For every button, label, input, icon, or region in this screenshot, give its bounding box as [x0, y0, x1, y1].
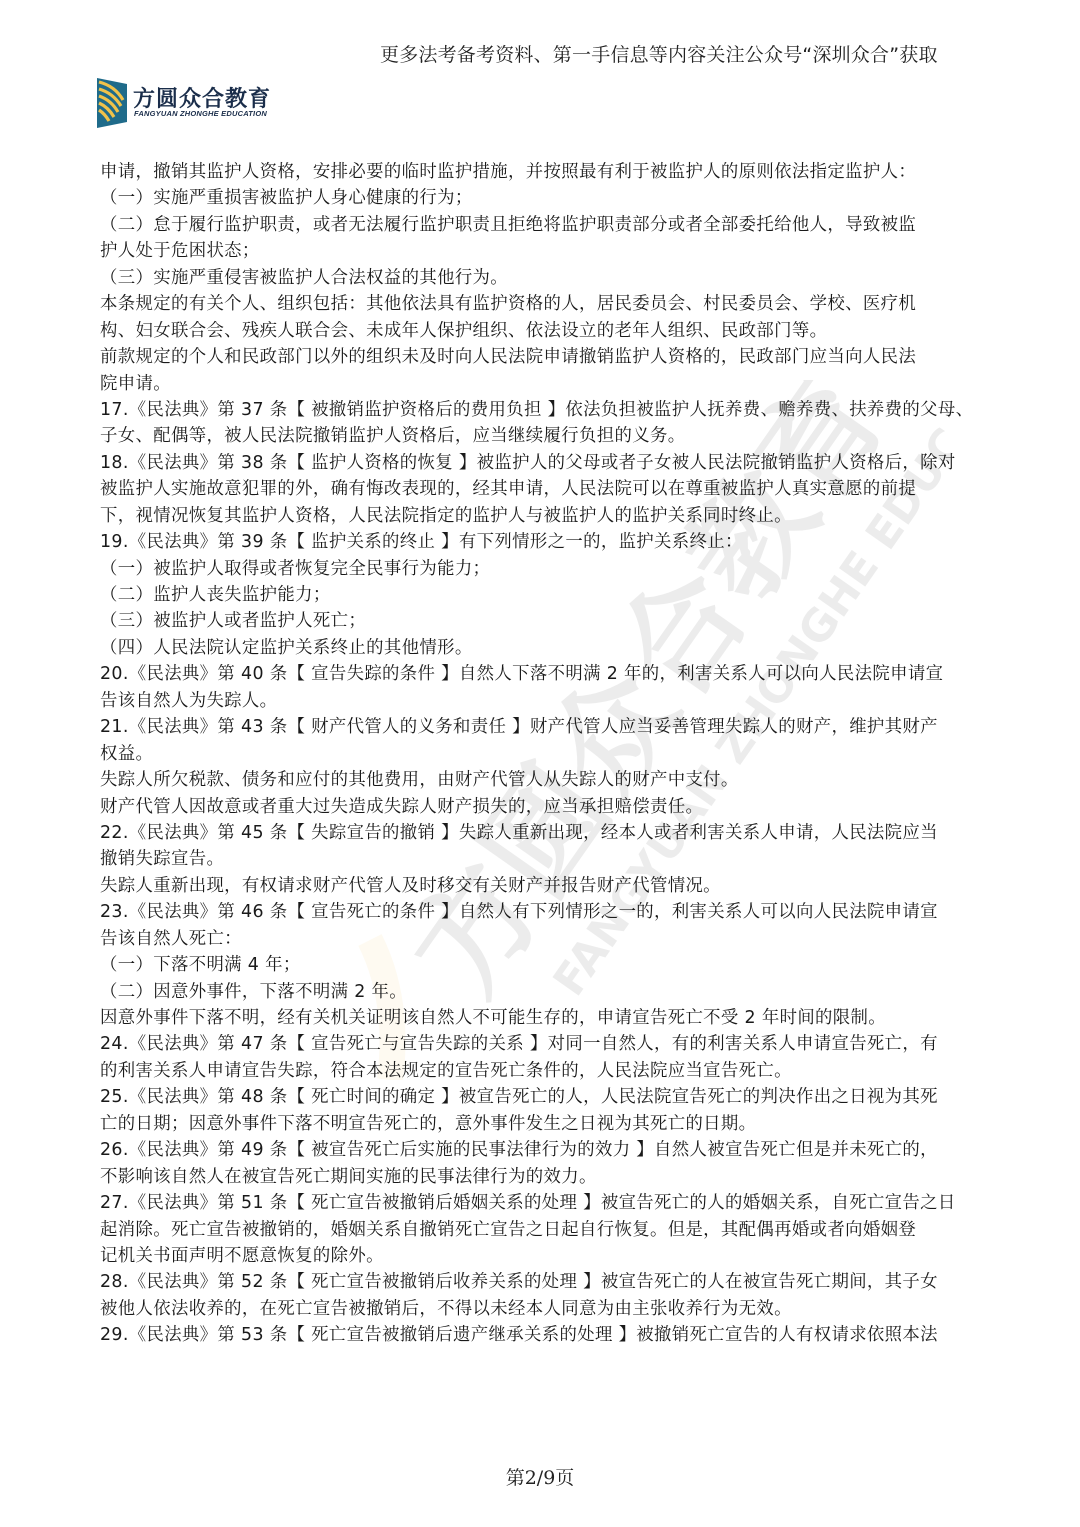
text-line: （三）被监护人或者监护人死亡；	[100, 608, 985, 634]
text-line: 失踪人所欠税款、债务和应付的其他费用，由财产代管人从失踪人的财产中支付。	[100, 767, 985, 793]
text-line: 因意外事件下落不明，经有关机关证明该自然人不可能生存的，申请宣告死亡不受 2 年…	[100, 1005, 985, 1031]
text-line: 护人处于危困状态；	[100, 238, 985, 264]
logo-mark-icon	[97, 78, 127, 128]
logo-name-en: FANGYUAN ZHONGHE EDUCATION	[134, 109, 267, 118]
text-line: （二）因意外事件，下落不明满 2 年。	[100, 979, 985, 1005]
text-line: 构、妇女联合会、残疾人联合会、未成年人保护组织、依法设立的老年人组织、民政部门等…	[100, 318, 985, 344]
article-40: 20.《民法典》第 40 条【 宣告失踪的条件 】自然人下落不明满 2 年的，利…	[100, 661, 985, 687]
article-47: 24.《民法典》第 47 条【 宣告死亡与宣告失踪的关系 】对同一自然人，有的利…	[100, 1031, 985, 1057]
text-line: 下，视情况恢复其监护人资格，人民法院指定的监护人与被监护人的监护关系同时终止。	[100, 503, 985, 529]
article-53: 29.《民法典》第 53 条【 死亡宣告被撤销后遗产继承关系的处理 】被撤销死亡…	[100, 1322, 985, 1348]
article-43: 21.《民法典》第 43 条【 财产代管人的义务和责任 】财产代管人应当妥善管理…	[100, 714, 985, 740]
article-52: 28.《民法典》第 52 条【 死亡宣告被撤销后收养关系的处理 】被宣告死亡的人…	[100, 1269, 985, 1295]
header-promo-note: 更多法考备考资料、第一手信息等内容关注公众号“深圳众合”获取	[380, 40, 938, 67]
text-line: 告该自然人死亡：	[100, 926, 985, 952]
document-body: 申请，撤销其监护人资格，安排必要的临时监护措施，并按照最有利于被监护人的原则依法…	[100, 159, 985, 1349]
article-48: 25.《民法典》第 48 条【 死亡时间的确定 】被宣告死亡的人，人民法院宣告死…	[100, 1084, 985, 1110]
text-line: 院申请。	[100, 371, 985, 397]
text-line: 权益。	[100, 741, 985, 767]
text-line: 本条规定的有关个人、组织包括：其他依法具有监护资格的人，居民委员会、村民委员会、…	[100, 291, 985, 317]
text-line: 被他人依法收养的，在死亡宣告被撤销后，不得以未经本人同意为由主张收养行为无效。	[100, 1296, 985, 1322]
text-line: 告该自然人为失踪人。	[100, 688, 985, 714]
text-line: 被监护人实施故意犯罪的外，确有悔改表现的，经其申请，人民法院可以在尊重被监护人真…	[100, 476, 985, 502]
text-line: 记机关书面声明不愿意恢复的除外。	[100, 1243, 985, 1269]
text-line: 前款规定的个人和民政部门以外的组织未及时向人民法院申请撤销监护人资格的，民政部门…	[100, 344, 985, 370]
text-line: （三）实施严重侵害被监护人合法权益的其他行为。	[100, 265, 985, 291]
text-line: （一）下落不明满 4 年；	[100, 952, 985, 978]
article-39: 19.《民法典》第 39 条【 监护关系的终止 】有下列情形之一的，监护关系终止…	[100, 529, 985, 555]
page-number: 第2/9页	[0, 1463, 1080, 1490]
article-37: 17.《民法典》第 37 条【 被撤销监护资格后的费用负担 】依法负担被监护人抚…	[100, 397, 985, 423]
article-51: 27.《民法典》第 51 条【 死亡宣告被撤销后婚姻关系的处理 】被宣告死亡的人…	[100, 1190, 985, 1216]
article-38: 18.《民法典》第 38 条【 监护人资格的恢复 】被监护人的父母或者子女被人民…	[100, 450, 985, 476]
text-line: 申请，撤销其监护人资格，安排必要的临时监护措施，并按照最有利于被监护人的原则依法…	[100, 159, 985, 185]
brand-logo: 方圆众合教育 FANGYUAN ZHONGHE EDUCATION	[97, 78, 287, 128]
article-46: 23.《民法典》第 46 条【 宣告死亡的条件 】自然人有下列情形之一的，利害关…	[100, 899, 985, 925]
text-line: 起消除。死亡宣告被撤销的，婚姻关系自撤销死亡宣告之日起自行恢复。但是，其配偶再婚…	[100, 1217, 985, 1243]
text-line: 撤销失踪宣告。	[100, 846, 985, 872]
text-line: （四）人民法院认定监护关系终止的其他情形。	[100, 635, 985, 661]
text-line: 的利害关系人申请宣告失踪，符合本法规定的宣告死亡条件的，人民法院应当宣告死亡。	[100, 1058, 985, 1084]
text-line: 财产代管人因故意或者重大过失造成失踪人财产损失的，应当承担赔偿责任。	[100, 794, 985, 820]
text-line: 子女、配偶等，被人民法院撤销监护人资格后，应当继续履行负担的义务。	[100, 423, 985, 449]
text-line: （一）实施严重损害被监护人身心健康的行为；	[100, 185, 985, 211]
text-line: 失踪人重新出现，有权请求财产代管人及时移交有关财产并报告财产代管情况。	[100, 873, 985, 899]
text-line: （一）被监护人取得或者恢复完全民事行为能力；	[100, 556, 985, 582]
text-line: 亡的日期；因意外事件下落不明宣告死亡的，意外事件发生之日视为其死亡的日期。	[100, 1111, 985, 1137]
text-line: （二）监护人丧失监护能力；	[100, 582, 985, 608]
text-line: （二）怠于履行监护职责，或者无法履行监护职责且拒绝将监护职责部分或者全部委托给他…	[100, 212, 985, 238]
article-45: 22.《民法典》第 45 条【 失踪宣告的撤销 】失踪人重新出现，经本人或者利害…	[100, 820, 985, 846]
article-49: 26.《民法典》第 49 条【 被宣告死亡后实施的民事法律行为的效力 】自然人被…	[100, 1137, 985, 1163]
text-line: 不影响该自然人在被宣告死亡期间实施的民事法律行为的效力。	[100, 1164, 985, 1190]
